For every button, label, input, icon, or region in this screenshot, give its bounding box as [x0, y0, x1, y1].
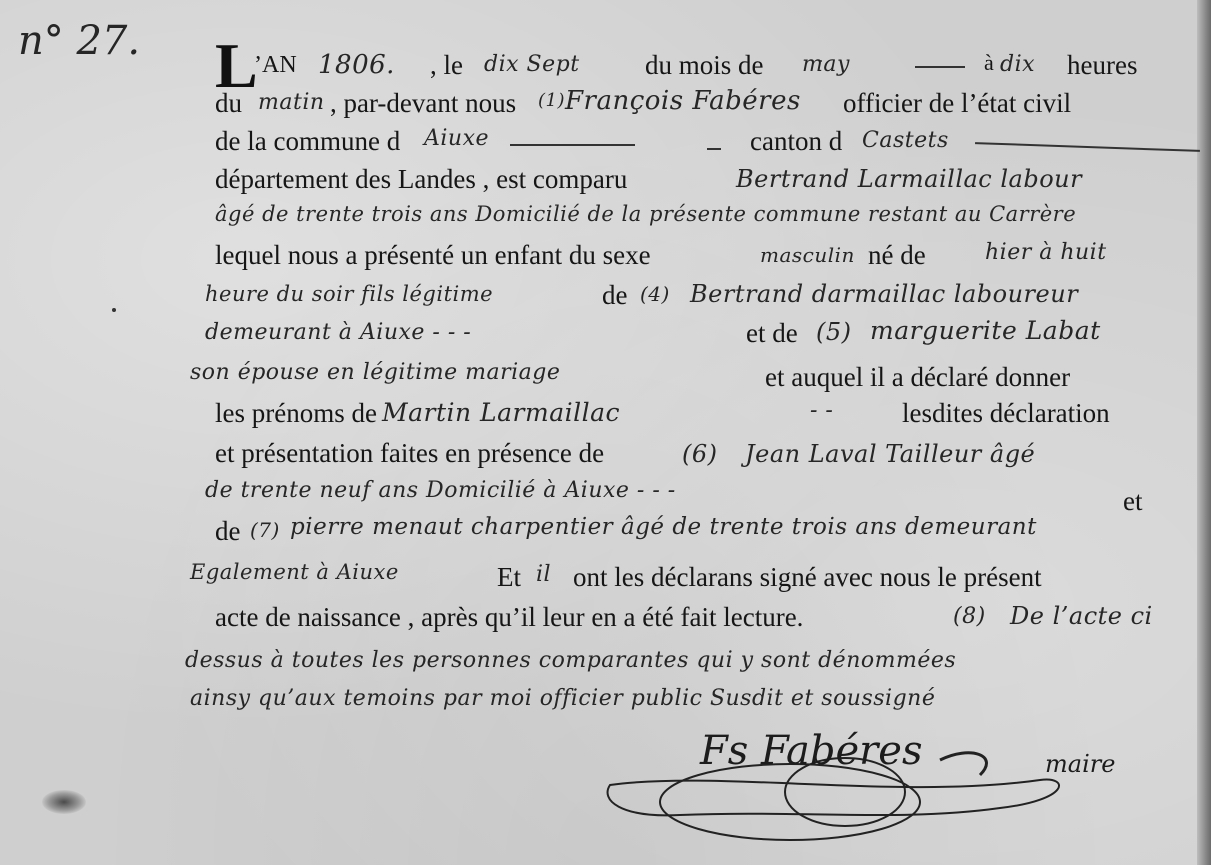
printed-prenoms: les prénoms de — [215, 398, 377, 429]
hour-value: dix — [1000, 52, 1035, 77]
reading-note-start: De l’acte ci — [1010, 602, 1153, 630]
printed-le: , le — [430, 50, 463, 81]
printed-de: de — [602, 280, 627, 311]
note-ref-8: (8) — [953, 604, 986, 629]
filler-stroke — [975, 142, 1200, 151]
printed-et-de: et de — [746, 318, 798, 349]
printed-departement: département des Landes , est comparu — [215, 164, 627, 195]
printed-ne-de: né de — [868, 240, 926, 271]
declarant-name: Bertrand Larmaillac labour — [736, 165, 1082, 193]
commune-value: Aiuxe — [424, 126, 489, 151]
canton-value: Castets — [862, 128, 949, 153]
year-value: 1806. — [318, 50, 395, 80]
ink-stain — [42, 790, 86, 814]
note-ref-4: (4) — [640, 282, 670, 306]
printed-a: à — [984, 50, 994, 76]
act-number: n° 27. — [18, 18, 140, 64]
filler-stroke — [510, 144, 635, 146]
father-name: Bertrand darmaillac laboureur — [690, 280, 1078, 308]
child-name: Martin Larmaillac — [382, 398, 620, 427]
declarant-details: âgé de trente trois ans Domicilié de la … — [215, 202, 1076, 226]
printed-du: du — [215, 88, 242, 119]
mayor-title: maire — [1045, 750, 1115, 778]
birth-time-value: hier à huit — [985, 240, 1107, 265]
printed-et-cap: Et — [497, 562, 521, 593]
printed-an: ’AN — [254, 52, 297, 79]
filler-dashes: - - — [810, 398, 833, 423]
marriage-status: son épouse en légitime mariage — [190, 360, 560, 385]
printed-ont-les-declarans: ont les déclarans signé avec nous le pré… — [573, 562, 1042, 593]
filler-stroke — [707, 148, 721, 150]
paper-speck — [820, 60, 822, 62]
paper-speck — [112, 308, 116, 312]
filler-stroke — [915, 66, 965, 68]
printed-canton: canton d — [750, 126, 842, 157]
day-value: dix Sept — [484, 52, 580, 77]
mother-name: marguerite Labat — [870, 316, 1101, 345]
officer-name: François Fabéres — [565, 86, 801, 116]
witness-2-residence: Egalement à Aiuxe — [190, 560, 399, 584]
handwritten-il: il — [536, 562, 551, 587]
printed-commune: de la commune d — [215, 126, 400, 157]
printed-lesdites: lesdites déclaration — [902, 398, 1110, 429]
printed-de-7: de — [215, 516, 240, 547]
printed-du-mois-de: du mois de — [645, 50, 764, 81]
note-ref-5: (5) — [816, 318, 852, 346]
month-value: may — [802, 52, 850, 77]
printed-auquel: et auquel il a déclaré donner — [765, 362, 1070, 393]
witness-1-details: de trente neuf ans Domicilié à Aiuxe - -… — [205, 478, 676, 503]
printed-par-devant-nous: , par-devant nous — [330, 88, 516, 119]
printed-acte-de-naissance: acte de naissance , après qu’il leur en … — [215, 602, 803, 633]
printed-heures: heures — [1067, 50, 1137, 81]
mayor-signature: Fs Fabéres — [700, 728, 922, 774]
time-of-day-value: matin — [258, 90, 325, 115]
father-residence: demeurant à Aiuxe - - - — [205, 320, 471, 345]
reading-note-line-2: dessus à toutes les personnes comparante… — [185, 648, 956, 673]
birth-hour-legitimacy: heure du soir fils légitime — [205, 282, 493, 306]
witness-2-details: pierre menaut charpentier âgé de trente … — [290, 514, 1037, 540]
printed-lequel: lequel nous a présenté un enfant du sexe — [215, 240, 651, 271]
note-ref-6: (6) — [682, 440, 718, 468]
page-binding-edge — [1197, 0, 1211, 865]
printed-et: et — [1123, 486, 1143, 517]
note-ref-7: (7) — [250, 518, 280, 542]
printed-officier: officier de l’état civil — [843, 88, 1071, 119]
witness-1-name: Jean Laval Tailleur âgé — [745, 440, 1035, 468]
reading-note-line-3: ainsy qu’aux temoins par moi officier pu… — [190, 686, 935, 711]
note-ref-1: (1) — [538, 90, 565, 111]
sex-value: masculin — [760, 243, 855, 267]
printed-presentation: et présentation faites en présence de — [215, 438, 604, 469]
